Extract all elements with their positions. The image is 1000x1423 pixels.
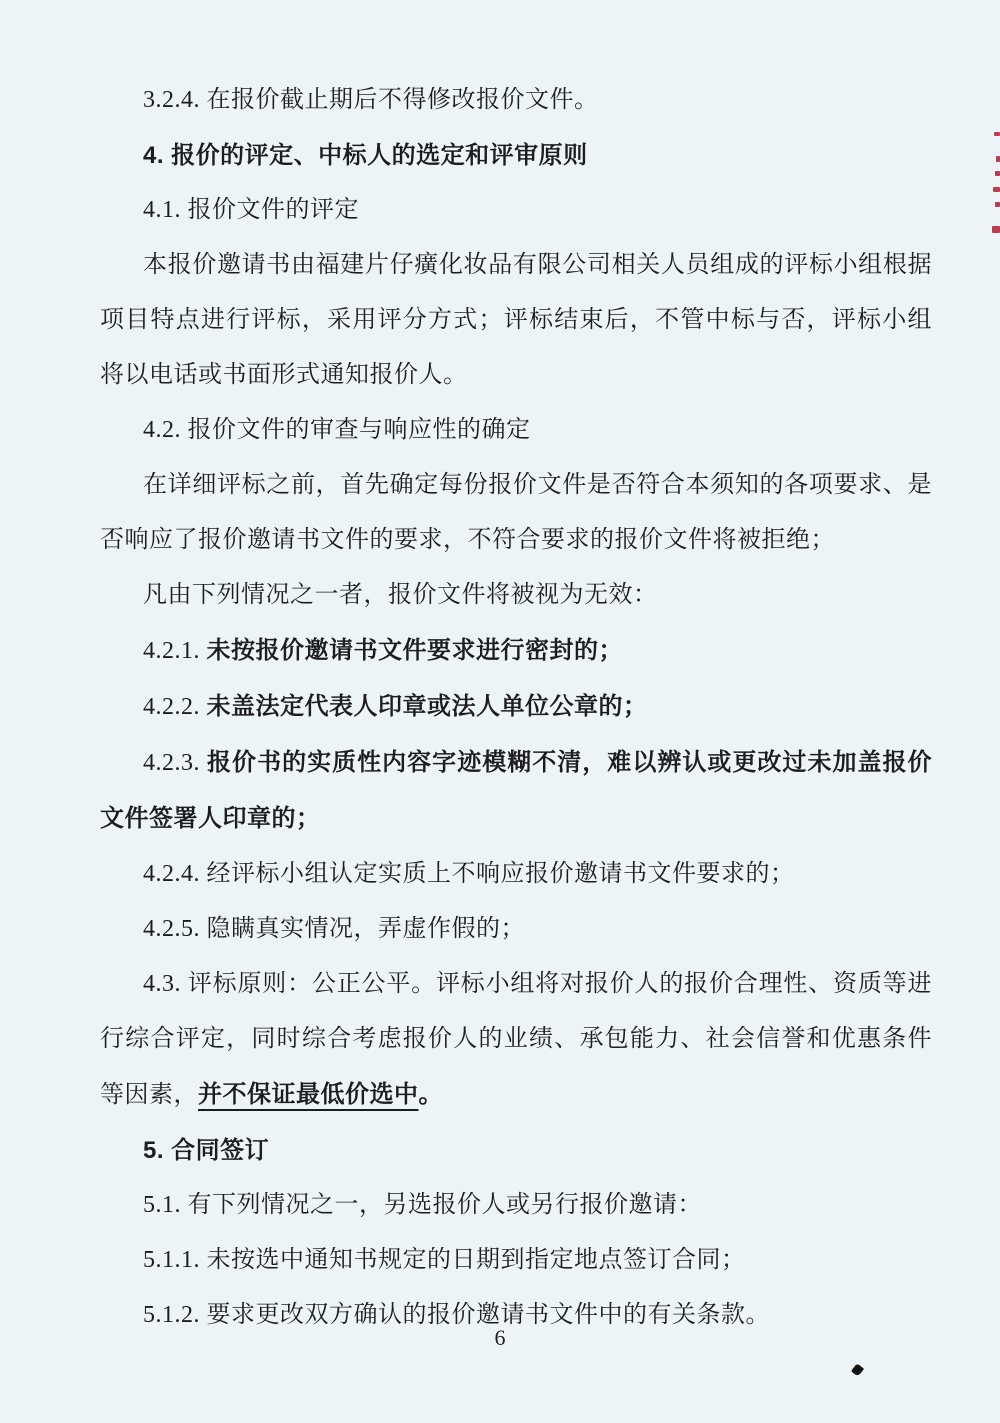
clause-4-3: 4.3. 评标原则：公正公平。评标小组将对报价人的报价合理性、资质等进行综合评定… xyxy=(100,957,932,1123)
paragraph-text: 本报价邀请书由福建片仔癀化妆品有限公司相关人员组成的评标小组根据项目特点进行评标… xyxy=(100,252,932,388)
red-scan-edge-mark xyxy=(994,132,1000,136)
page-number: 6 xyxy=(495,1325,506,1350)
section-heading-4: 4. 报价的评定、中标人的选定和评审原则 xyxy=(100,128,932,183)
clause-text: 4.2. 报价文件的审查与响应性的确定 xyxy=(143,417,531,443)
clause-4-2-2: 4.2.2. 未盖法定代表人印章或法人单位公章的； xyxy=(100,679,932,735)
document-body: 3.2.4. 在报价截止期后不得修改报价文件。 4. 报价的评定、中标人的选定和… xyxy=(100,73,932,1343)
clause-5-1: 5.1. 有下列情况之一，另选报价人或另行报价邀请： xyxy=(100,1178,932,1233)
clause-text: 3.2.4. 在报价截止期后不得修改报价文件。 xyxy=(143,87,599,113)
clause-5-1-1: 5.1.1. 未按选中通知书规定的日期到指定地点签订合同； xyxy=(100,1233,932,1288)
emphasized-no-lowest-price-guarantee: 并不保证最低价选中 xyxy=(198,1081,419,1108)
clause-4-1: 4.1. 报价文件的评定 xyxy=(100,183,932,238)
red-scan-edge-mark xyxy=(992,226,1000,233)
red-scan-edge-mark xyxy=(996,156,1000,162)
heading-text: 4. 报价的评定、中标人的选定和评审原则 xyxy=(143,142,588,169)
clause-3-2-4: 3.2.4. 在报价截止期后不得修改报价文件。 xyxy=(100,73,932,128)
clause-number: 4.2.1. xyxy=(143,638,207,664)
clause-text: 5.1.1. 未按选中通知书规定的日期到指定地点签订合同； xyxy=(143,1247,746,1273)
paragraph-text: 在详细评标之前，首先确定每份报价文件是否符合本须知的各项要求、是否响应了报价邀请… xyxy=(100,472,932,553)
clause-period: 。 xyxy=(419,1081,444,1108)
paragraph-invalid-intro: 凡由下列情况之一者，报价文件将被视为无效： xyxy=(100,568,932,623)
paragraph-text: 凡由下列情况之一者，报价文件将被视为无效： xyxy=(143,582,658,608)
clause-text: 4.2.5. 隐瞒真实情况，弄虚作假的； xyxy=(143,916,525,942)
clause-number: 4.2.3. xyxy=(143,750,207,776)
clause-text: 未盖法定代表人印章或法人单位公章的； xyxy=(207,693,648,720)
red-scan-edge-mark xyxy=(993,187,1000,192)
clause-4-2-1: 4.2.1. 未按报价邀请书文件要求进行密封的； xyxy=(100,623,932,679)
clause-text: 4.2.4. 经评标小组认定实质上不响应报价邀请书文件要求的； xyxy=(143,861,795,887)
red-scan-edge-mark xyxy=(995,202,1000,207)
scanned-document-page: 3.2.4. 在报价截止期后不得修改报价文件。 4. 报价的评定、中标人的选定和… xyxy=(0,0,1000,1423)
clause-text: 报价书的实质性内容字迹模糊不清，难以辨认或更改过未加盖报价文件签署人印章的； xyxy=(100,749,932,832)
clause-text: 未按报价邀请书文件要求进行密封的； xyxy=(207,637,624,664)
red-scan-edge-mark xyxy=(995,171,1000,176)
clause-text: 4.1. 报价文件的评定 xyxy=(143,197,359,223)
section-heading-5: 5. 合同签订 xyxy=(100,1123,932,1178)
ink-speck-artifact xyxy=(851,1363,864,1376)
clause-4-2: 4.2. 报价文件的审查与响应性的确定 xyxy=(100,403,932,458)
heading-text: 5. 合同签订 xyxy=(143,1137,269,1164)
clause-number: 4.2.2. xyxy=(143,694,207,720)
paragraph-preliminary-review: 在详细评标之前，首先确定每份报价文件是否符合本须知的各项要求、是否响应了报价邀请… xyxy=(100,458,932,568)
clause-4-2-4: 4.2.4. 经评标小组认定实质上不响应报价邀请书文件要求的； xyxy=(100,847,932,902)
clause-text: 5.1. 有下列情况之一，另选报价人或另行报价邀请： xyxy=(143,1192,702,1218)
paragraph-evaluation-team: 本报价邀请书由福建片仔癀化妆品有限公司相关人员组成的评标小组根据项目特点进行评标… xyxy=(100,238,932,403)
clause-4-2-3: 4.2.3. 报价书的实质性内容字迹模糊不清，难以辨认或更改过未加盖报价文件签署… xyxy=(100,735,932,847)
clause-4-2-5: 4.2.5. 隐瞒真实情况，弄虚作假的； xyxy=(100,902,932,957)
page-footer: 6 xyxy=(0,1318,1000,1358)
